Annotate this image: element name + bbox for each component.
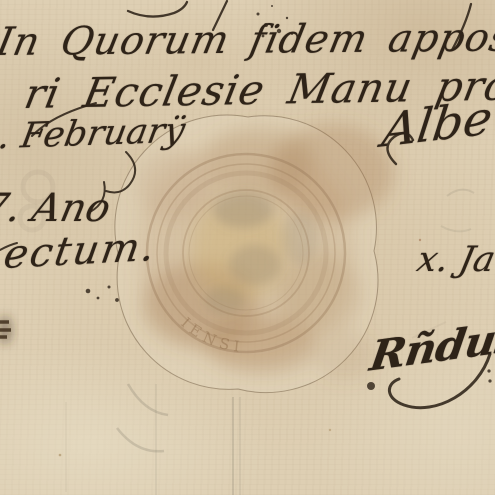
- top-edge-stroke-fragment: [128, 2, 187, 17]
- left-edge-smudge: [0, 316, 12, 344]
- embossed-seal: IENSI: [115, 115, 394, 393]
- manuscript-line-x-ja: x. Ja: [413, 240, 495, 280]
- manuscript-line-quorum-fidem: In Quorum fidem apposito: [0, 15, 495, 65]
- manuscript-page: IENSI: [0, 0, 495, 495]
- manuscript-line-ectum: ectum.: [1, 224, 160, 278]
- manuscript-line-ano: 7. Ano: [0, 186, 114, 231]
- manuscript-line-februar: 9. Februarÿ: [0, 111, 188, 158]
- signature-start-blot: [367, 382, 375, 390]
